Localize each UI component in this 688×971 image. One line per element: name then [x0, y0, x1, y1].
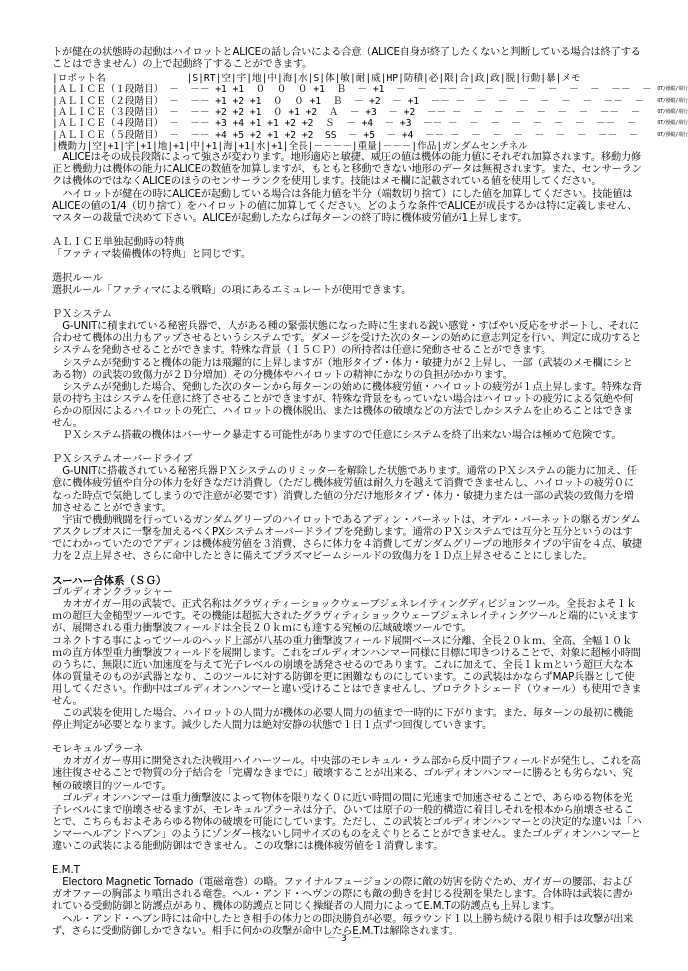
stat-table-footer: |機動力|空|+1|宇|+1|地|+1|中|+1|海|+1|水|+1|全長|－－… [52, 141, 688, 152]
robot-values: － －－ +3 +4 +1 +1 +2 +2 Ｓ － +4 － +3 －－ － … [163, 118, 657, 129]
document-page: トが健在の状態時の起動はハイロットとALICEの話し合いによる合意（ALICE自… [52, 47, 642, 938]
robot-name: |ＡＬＩＣＥ（３段階目） [52, 107, 163, 118]
goldion-crusher-title: ゴルディオンクラッシャー [52, 587, 642, 599]
stat-table-header: |ロボット名 |S|RT|空|宇|地|中|海|水|S|体|敏|耐|威|HP|防積… [52, 73, 688, 84]
goldion-crusher-paragraph: コネクトする事によってツールのヘッド上部が八基の重力衝撃波フィールド展開ベースに… [52, 636, 642, 709]
stat-table-row: |ＡＬＩＣＥ（３段階目） － －－ +2 +2 +1 ０ +1 +2 Ａ － +… [52, 107, 688, 118]
emt-title: E.M.T [52, 865, 642, 877]
robot-memo: OT/操縦/飛行/技能10 [657, 84, 688, 95]
px-overdrive-paragraph: G-UNITに搭載されている秘密兵器ＰＸシステムのリミッターを解除した状態であり… [52, 466, 642, 514]
selection-rule-text: 選択ルール「ファティマによる戦略」の項にあるエミュレートが使用できます。 [52, 285, 642, 297]
intro-paragraph: トが健在の状態時の起動はハイロットとALICEの話し合いによる合意（ALICE自… [52, 47, 642, 71]
stat-table-row: |ＡＬＩＣＥ（１段階目） － －－ +1 +1 ０ ０ ０ +1 Ｂ － +1 … [52, 84, 688, 95]
robot-name: |ＡＬＩＣＥ（２段階目） [52, 96, 163, 107]
goldion-crusher-paragraph: カオガイガー用の武装で、正式名称はグラヴィティーショックウェーブジェネレイティン… [52, 599, 642, 635]
px-system-paragraph: システムが発動すると機体の能力は飛躍的に上昇しますが（地形タイプ・体力・敏捷力が… [52, 358, 642, 382]
page-number: － 3 － [0, 931, 688, 944]
molecule-plane-title: モレキュルプラーネ [52, 744, 642, 756]
robot-memo: OT/操縦/飛行/技能cc [657, 107, 688, 118]
stat-table-row: |ＡＬＩＣＥ（５段階目） － －－ +4 +5 +2 +1 +2 +2 SS －… [52, 130, 688, 141]
robot-name: |ＡＬＩＣＥ（１段階目） [52, 84, 163, 95]
goldion-crusher-paragraph: この武装を使用した場合、ハイロットの人間力が機体の必要人間力の値まで一時的に下が… [52, 708, 642, 732]
robot-memo: OT/操縦/飛行/技能10 [657, 96, 688, 107]
alice-solo-text: 「ファティマ装備機体の特典」と同じです。 [52, 249, 642, 261]
alice-stat-table: |ロボット名 |S|RT|空|宇|地|中|海|水|S|体|敏|耐|威|HP|防積… [52, 73, 688, 152]
robot-values: － －－ +1 +2 +1 ０ ０ +1 Ｂ － +2 － +1 －－ － － … [163, 96, 657, 107]
super-gattai-title: スーハー合体系（ＳＧ） [52, 575, 642, 587]
robot-values: － －－ +1 +1 ０ ０ ０ +1 Ｂ － +1 － － －－ － － － … [163, 84, 657, 95]
px-system-paragraph: G-UNITに積まれている秘密兵器で、人がある種の緊張状態になった時に生まれる鋭… [52, 321, 642, 357]
molecule-plane-paragraph: ゴルディオンハンマーは重力衝撃波によって物体を限りなく０に近い時間の間に光速まで… [52, 793, 642, 853]
alice-paragraph: ALICEはその成長段階によって強さが変わります。地形適応と敏捷、威圧の値は機体… [52, 152, 642, 188]
alice-paragraph: ハイロットが健在の時にALICEが起動している場合は各能力値を半分（端数切り捨て… [52, 189, 642, 225]
robot-values: － －－ +4 +5 +2 +1 +2 +2 SS － +5 － +4 －－ －… [163, 130, 657, 141]
molecule-plane-paragraph: カオガイガー専用に開発された決戦用ハイハーツール。中央部のモレキュル・ラム部から… [52, 756, 642, 792]
robot-memo: OT/操縦/飛行/技能06 [657, 130, 688, 141]
alice-solo-title: ＡＬＩＣＥ単独起動時の特典 [52, 237, 642, 249]
robot-memo: OT/操縦/飛行/技能04 [657, 118, 688, 129]
robot-name: |ＡＬＩＣＥ（４段階目） [52, 118, 163, 129]
stat-header-text: |ロボット名 |S|RT|空|宇|地|中|海|水|S|体|敏|耐|威|HP|防積… [52, 73, 688, 84]
emt-paragraph: Electoro Magnetic Tornado（電磁竜巻）の略。ファイナルフ… [52, 877, 642, 913]
stat-table-row: |ＡＬＩＣＥ（４段階目） － －－ +3 +4 +1 +1 +2 +2 Ｓ － … [52, 118, 688, 129]
px-overdrive-paragraph: 宇宙で機動戦闘を行っているガンダムグリープのハイロットであるアディン・バーネット… [52, 515, 642, 563]
robot-values: － －－ +2 +2 +1 ０ +1 +2 Ａ － +3 － +2 －－ － －… [163, 107, 657, 118]
px-overdrive-title: ＰＸシステムオーバードライブ [52, 454, 642, 466]
selection-rule-title: 選択ルール [52, 273, 642, 285]
stat-table-row: |ＡＬＩＣＥ（２段階目） － －－ +1 +2 +1 ０ ０ +1 Ｂ － +2… [52, 96, 688, 107]
robot-name: |ＡＬＩＣＥ（５段階目） [52, 130, 163, 141]
px-system-paragraph: システムが発動した場合、発動した次のターンから毎ターンの始めに機体疲労値・ハイロ… [52, 382, 642, 430]
px-system-title: ＰＸシステム [52, 309, 642, 321]
stat-footer-text: |機動力|空|+1|宇|+1|地|+1|中|+1|海|+1|水|+1|全長|－－… [52, 141, 688, 152]
px-system-paragraph: ＰＸシステム搭載の機体はバーサーク暴走する可能性がありますので任意にシステムを終… [52, 430, 642, 442]
